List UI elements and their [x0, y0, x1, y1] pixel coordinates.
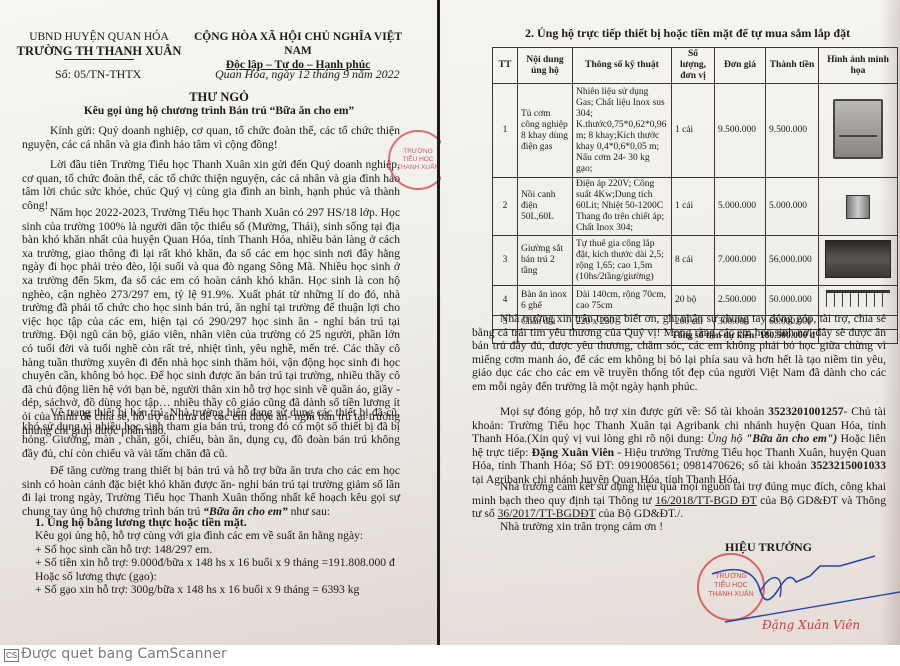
equipment-table: TT Nội dung ủng hộ Thông số kỹ thuật Số …	[492, 47, 898, 344]
table-header-row: TT Nội dung ủng hộ Thông số kỹ thuật Số …	[493, 48, 898, 84]
col-header: Thành tiền	[766, 48, 819, 84]
equipment-paragraph: Về trang thiết bị bán trú, Nhà trường hi…	[22, 406, 400, 460]
col-header: Nội dung ủng hộ	[518, 48, 573, 84]
table-row: 3 Giường sắt bán trú 2 tầng Tự thuê gia …	[493, 236, 898, 286]
account-number-1: 3523201001257	[768, 405, 843, 418]
cell-total: 5.000.000	[766, 178, 819, 236]
cell-total: 56.000.000	[766, 236, 819, 286]
cell-spec: Tự thuê gia công lắp đặt, kích thước dài…	[573, 236, 672, 286]
camscanner-watermark: CS Được quet bang CamScanner	[0, 645, 900, 666]
cell-price: 9.500.000	[715, 84, 766, 178]
plan-paragraph: Để tăng cường trang thiết bị bán trú và …	[22, 464, 400, 518]
section-1-line: Kêu gọi ủng hộ, hỗ trợ cùng với gia đình…	[35, 529, 415, 542]
section-1-line: + Số tiền xin hỗ trợ: 9.000đ/bữa x 148 h…	[35, 556, 415, 569]
col-header: Đơn giá	[715, 48, 766, 84]
cell-qty: 1 cái	[672, 84, 715, 178]
cell-item: Bàn ăn inox 6 ghế	[518, 286, 573, 316]
page-divider	[437, 0, 440, 645]
school-name: TRƯỜNG TH THANH XUÂN	[14, 44, 184, 58]
district-org: UBND HUYỆN QUAN HÓA	[14, 30, 184, 44]
col-header: Số lượng, đơn vị	[672, 48, 715, 84]
section-1-line: Hoặc số lương thực (gạo):	[35, 570, 415, 583]
cell-item: Tủ cơm công nghiệp 8 khay dùng điện gas	[518, 84, 573, 178]
greeting-paragraph: Lời đầu tiên Trường Tiểu học Thanh Xuân …	[22, 158, 400, 212]
soup-pot-image	[846, 195, 870, 219]
contact-paragraph: Mọi sự đóng góp, hỗ trợ xin được gửi về:…	[472, 405, 886, 487]
section-2-title: 2. Ủng hộ trực tiếp thiết bị hoặc tiền m…	[525, 26, 850, 41]
donation-note-program: "Bữa ăn cho em")	[746, 432, 837, 445]
left-page: UBND HUYỆN QUAN HÓA TRƯỜNG TH THANH XUÂN…	[0, 0, 438, 645]
principal-name: Đặng Xuân Viên	[532, 446, 614, 459]
page-edge-shadow	[880, 0, 900, 645]
cell-price: 2.500.000	[715, 286, 766, 316]
watermark-text: Được quet bang CamScanner	[21, 645, 227, 663]
national-header: CỘNG HÒA XÃ HỘI CHỦ NGHĨA VIỆT NAM Độc l…	[188, 30, 408, 72]
cell-price: 5.000.000	[715, 178, 766, 236]
cell-qty: 1 cái	[672, 178, 715, 236]
cell-item: Nồi canh điện 50L,60L	[518, 178, 573, 236]
commitment-paragraph: Nhà trường cam kết sử dụng hiệu quả mọi …	[472, 480, 886, 521]
section-1-line: + Số gạo xin hỗ trợ: 300g/bữa x 148 hs x…	[35, 583, 415, 596]
header-underline	[64, 59, 134, 60]
document-number: Số: 05/TN-THTX	[55, 67, 141, 82]
cell-qty: 8 cái	[672, 236, 715, 286]
section-1: 1. Ủng hộ bằng lương thực hoặc tiền mặt.…	[35, 516, 415, 596]
country-name: CỘNG HÒA XÃ HỘI CHỦ NGHĨA VIỆT NAM	[188, 30, 408, 58]
cell-total: 50.000.000	[766, 286, 819, 316]
section-1-line: + Số học sinh cần hỗ trợ: 148/297 em.	[35, 543, 415, 556]
col-header: Thông số kỹ thuật	[573, 48, 672, 84]
section-1-heading: 1. Ủng hộ bằng lương thực hoặc tiền mặt.	[35, 516, 415, 529]
cell-tt: 2	[493, 178, 518, 236]
cell-item: Giường sắt bán trú 2 tầng	[518, 236, 573, 286]
signer-name: Đặng Xuân Viên	[762, 618, 860, 632]
rice-cabinet-image	[833, 99, 883, 159]
table-row: 1 Tủ cơm công nghiệp 8 khay dùng điện ga…	[493, 84, 898, 178]
circular-16-2018: 16/2018/TT-BGD ĐT	[655, 494, 756, 507]
cell-price: 7.000.000	[715, 236, 766, 286]
cell-total: 9.500.000	[766, 84, 819, 178]
scanned-document: UBND HUYỆN QUAN HÓA TRƯỜNG TH THANH XUÂN…	[0, 0, 900, 645]
col-header: TT	[493, 48, 518, 84]
thanks-paragraph: Nhà trường xin trân trọng biết ơn, ghi n…	[472, 312, 886, 394]
closing-line: Nhà trường xin trân trọng cảm ơn !	[472, 520, 886, 534]
letter-subtitle: Kêu gọi ủng hộ chương trình Bán trú “Bữa…	[0, 105, 438, 117]
cell-tt: 3	[493, 236, 518, 286]
account-number-2: 3523215001033	[811, 459, 886, 472]
circular-36-2017: 36/2017/TT-BGDĐT	[498, 507, 596, 520]
cell-tt: 1	[493, 84, 518, 178]
cell-tt: 4	[493, 286, 518, 316]
school-header: UBND HUYỆN QUAN HÓA TRƯỜNG TH THANH XUÂN	[14, 30, 184, 60]
background-paragraph: Năm học 2022-2023, Trường Tiểu học Thanh…	[22, 206, 400, 437]
cell-spec: Dài 140cm, rộng 70cm, cao 75cm	[573, 286, 672, 316]
letter-title: THƯ NGỎ	[0, 90, 438, 105]
cell-qty: 20 bộ	[672, 286, 715, 316]
document-date: Quan Hóa, ngày 12 tháng 9 năm 2022	[215, 67, 400, 82]
donation-note: Ủng hộ	[707, 432, 746, 445]
cell-spec: Nhiên liệu sử dụng Gas; Chất liệu Inox s…	[573, 84, 672, 178]
table-row: 2 Nồi canh điện 50L,60L Điện áp 220V; Cô…	[493, 178, 898, 236]
contact-intro: Mọi sự đóng góp, hỗ trợ xin được gửi về:…	[500, 405, 768, 418]
salutation-paragraph: Kính gửi: Quý doanh nghiệp, cơ quan, tổ …	[22, 124, 400, 151]
cell-spec: Điện áp 220V; Công suất 4Kw;Dung tích 60…	[573, 178, 672, 236]
camscanner-logo-icon: CS	[4, 649, 19, 662]
commitment-text: của Bộ GD&ĐT./.	[596, 507, 684, 520]
table-row: 4 Bàn ăn inox 6 ghế Dài 140cm, rộng 70cm…	[493, 286, 898, 316]
